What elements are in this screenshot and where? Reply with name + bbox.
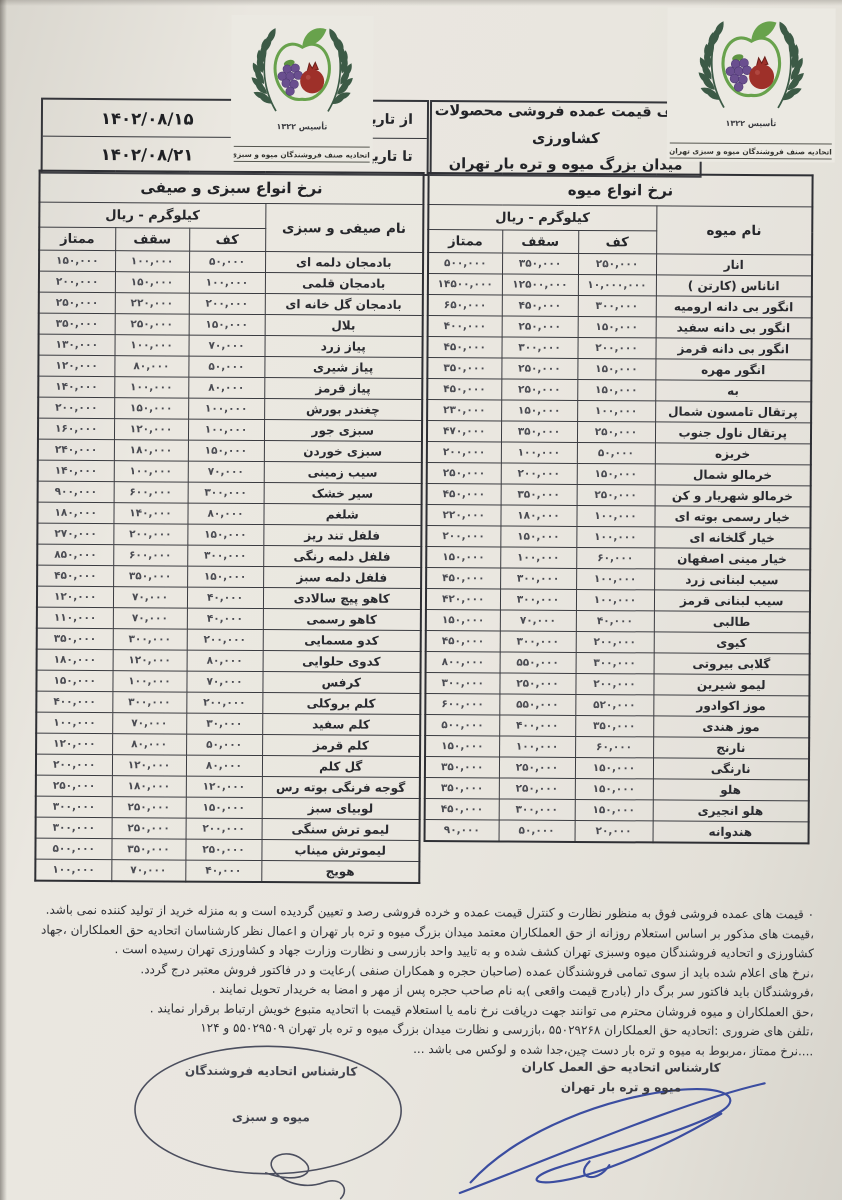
table-row: هویج۴۰,۰۰۰۷۰,۰۰۰۱۰۰,۰۰۰ [35, 859, 419, 883]
ceiling-price-cell: ۱۵۰,۰۰۰ [501, 400, 577, 421]
fruit-unit-header: کیلوگرم - ریال [428, 205, 656, 231]
ceiling-price-cell: ۱۸۰,۰۰۰ [112, 776, 186, 797]
premium-price-cell: ۴۵۰,۰۰۰ [37, 565, 113, 586]
premium-price-cell: ۵۰۰,۰۰۰ [35, 838, 111, 859]
premium-price-cell: ۳۰۰,۰۰۰ [425, 673, 499, 694]
item-name-cell: کلم بروکلی [262, 693, 420, 715]
table-row: خربزه۵۰,۰۰۰۱۰۰,۰۰۰۲۰۰,۰۰۰ [427, 442, 811, 465]
signature-right-role-1: کارشناس اتحادیه حق العمل کاران [425, 1056, 817, 1079]
table-row: فلفل دلمه سبز۱۵۰,۰۰۰۳۵۰,۰۰۰۴۵۰,۰۰۰ [37, 565, 421, 588]
ceiling-price-cell: ۵۵۰,۰۰۰ [500, 652, 576, 673]
item-name-cell: بادمجان دلمه ای [265, 252, 423, 274]
ceiling-price-cell: ۳۰۰,۰۰۰ [500, 631, 576, 652]
floor-price-cell: ۴۰,۰۰۰ [576, 610, 654, 631]
floor-price-cell: ۲۰۰,۰۰۰ [575, 673, 653, 694]
ceiling-price-cell: ۷۰,۰۰۰ [500, 610, 576, 631]
item-name-cell: لیموترش میناب [261, 840, 419, 862]
fruit-col-floor: کف [578, 230, 656, 253]
ceiling-price-cell: ۱۸۰,۰۰۰ [500, 505, 576, 526]
item-name-cell: سبزی جور [264, 420, 422, 442]
table-row: کدوی حلوایی۸۰,۰۰۰۱۲۰,۰۰۰۱۸۰,۰۰۰ [37, 649, 421, 672]
floor-price-cell: ۶۰,۰۰۰ [576, 547, 654, 568]
floor-price-cell: ۲۵۰,۰۰۰ [578, 253, 656, 274]
ceiling-price-cell: ۱۲۰,۰۰۰ [113, 650, 187, 671]
union-logo-right: تأسیس ۱۳۲۲ اتحادیه صنف فروشندگان میوه و … [667, 7, 836, 162]
ceiling-price-cell: ۱۲۰,۰۰۰ [112, 755, 186, 776]
union-logo-center: تأسیس ۱۳۲۲ اتحادیه صنف فروشندگان میوه و … [231, 15, 374, 166]
table-row: خیار مینی اصفهان۶۰,۰۰۰۱۰۰,۰۰۰۱۵۰,۰۰۰ [426, 547, 810, 570]
premium-price-cell: ۱۰۰,۰۰۰ [36, 712, 112, 733]
ceiling-price-cell: ۱۴۰,۰۰۰ [113, 503, 187, 524]
premium-price-cell: ۳۰۰,۰۰۰ [36, 796, 112, 817]
premium-price-cell: ۱۰۰,۰۰۰ [35, 859, 111, 881]
wreath-fruit-logo-icon [667, 9, 836, 114]
item-name-cell: فلفل دلمه رنگی [263, 546, 421, 568]
ceiling-price-cell: ۱۰۰,۰۰۰ [501, 442, 577, 463]
ceiling-price-cell: ۳۵۰,۰۰۰ [113, 566, 187, 587]
table-row: چغندر بورش۱۰۰,۰۰۰۱۵۰,۰۰۰۲۰۰,۰۰۰ [38, 397, 422, 420]
table-row: هندوانه۲۰,۰۰۰۵۰,۰۰۰۹۰,۰۰۰ [424, 820, 808, 844]
floor-price-cell: ۲۰,۰۰۰ [575, 820, 653, 842]
premium-price-cell: ۳۵۰,۰۰۰ [37, 628, 113, 649]
table-row: کلم سفید۳۰,۰۰۰۷۰,۰۰۰۱۰۰,۰۰۰ [36, 712, 420, 735]
premium-price-cell: ۲۰۰,۰۰۰ [427, 442, 501, 463]
ceiling-price-cell: ۷۰,۰۰۰ [111, 860, 185, 882]
item-name-cell: انگور بی دانه قرمز [655, 338, 811, 360]
premium-price-cell: ۲۳۰,۰۰۰ [427, 400, 501, 421]
table-row: کلم قرمز۵۰,۰۰۰۸۰,۰۰۰۱۲۰,۰۰۰ [36, 733, 420, 756]
floor-price-cell: ۳۰۰,۰۰۰ [576, 652, 654, 673]
table-row: خرمالو شمال۱۵۰,۰۰۰۲۰۰,۰۰۰۲۵۰,۰۰۰ [427, 463, 811, 486]
veg-unit-header: کیلوگرم - ریال [39, 202, 265, 228]
ceiling-price-cell: ۶۰۰,۰۰۰ [113, 545, 187, 566]
floor-price-cell: ۲۰۰,۰۰۰ [187, 629, 263, 650]
floor-price-cell: ۳۰۰,۰۰۰ [188, 482, 264, 503]
item-name-cell: سبزی خوردن [264, 441, 422, 463]
floor-price-cell: ۷۰,۰۰۰ [188, 461, 264, 482]
table-row: هلو۱۵۰,۰۰۰۲۵۰,۰۰۰۳۵۰,۰۰۰ [425, 778, 809, 801]
table-row: نارنج۶۰,۰۰۰۱۰۰,۰۰۰۱۵۰,۰۰۰ [425, 736, 809, 759]
premium-price-cell: ۱۲۰,۰۰۰ [38, 355, 114, 376]
fruit-section-title: نرخ انواع میوه [428, 173, 812, 207]
table-row: بادمجان گل خانه ای۲۰۰,۰۰۰۲۲۰,۰۰۰۲۵۰,۰۰۰ [39, 292, 423, 315]
item-name-cell: نارنج [653, 737, 809, 759]
floor-price-cell: ۸۰,۰۰۰ [186, 755, 262, 776]
item-name-cell: خربزه [655, 443, 811, 465]
ceiling-price-cell: ۱۲۰,۰۰۰ [114, 419, 188, 440]
item-name-cell: بلال [265, 315, 423, 337]
floor-price-cell: ۸۰,۰۰۰ [187, 503, 263, 524]
fruit-col-premium: ممتاز [428, 230, 502, 253]
item-name-cell: کدو مسمایی [263, 630, 421, 652]
table-row: هلو انجیری۱۵۰,۰۰۰۳۰۰,۰۰۰۴۵۰,۰۰۰ [425, 799, 809, 822]
premium-price-cell: ۴۵۰,۰۰۰ [427, 484, 501, 505]
floor-price-cell: ۳۰۰,۰۰۰ [578, 295, 656, 316]
ceiling-price-cell: ۱۰۰,۰۰۰ [115, 251, 189, 272]
floor-price-cell: ۱۵۰,۰۰۰ [578, 316, 656, 337]
table-row: خیار گلخانه ای۱۰۰,۰۰۰۱۵۰,۰۰۰۲۰۰,۰۰۰ [426, 526, 810, 549]
document-title-box: کشف قیمت عمده فروشی محصولات کشاورزی میدا… [430, 100, 702, 178]
floor-price-cell: ۱۰۰,۰۰۰ [188, 398, 264, 419]
table-row: طالبی۴۰,۰۰۰۷۰,۰۰۰۱۵۰,۰۰۰ [426, 610, 810, 633]
floor-price-cell: ۲۵۰,۰۰۰ [577, 421, 655, 442]
ceiling-price-cell: ۷۰,۰۰۰ [113, 608, 187, 629]
ceiling-price-cell: ۳۵۰,۰۰۰ [501, 421, 577, 442]
item-name-cell: بادمجان گل خانه ای [265, 294, 423, 316]
floor-price-cell: ۳۵۰,۰۰۰ [575, 715, 653, 736]
ceiling-price-cell: ۶۰۰,۰۰۰ [114, 482, 188, 503]
item-name-cell: فلفل تند ریز [263, 525, 421, 547]
premium-price-cell: ۱۸۰,۰۰۰ [37, 649, 113, 670]
item-name-cell: کدوی حلوایی [263, 651, 421, 673]
premium-price-cell: ۴۵۰,۰۰۰ [427, 379, 501, 400]
ceiling-price-cell: ۱۰۰,۰۰۰ [114, 377, 188, 398]
item-name-cell: کیوی [654, 632, 810, 654]
table-row: انگور بی دانه ارومیه۳۰۰,۰۰۰۴۵۰,۰۰۰۶۵۰,۰۰… [428, 295, 812, 318]
ceiling-price-cell: ۲۵۰,۰۰۰ [501, 379, 577, 400]
premium-price-cell: ۱۸۰,۰۰۰ [37, 502, 113, 523]
logo-union-name: اتحادیه صنف فروشندگان میوه و سبزی تهران [670, 143, 832, 160]
item-name-cell: انگور بی دانه ارومیه [656, 296, 812, 318]
ceiling-price-cell: ۳۵۰,۰۰۰ [111, 839, 185, 860]
table-row: انگور مهره۱۵۰,۰۰۰۲۵۰,۰۰۰۳۵۰,۰۰۰ [427, 358, 811, 381]
table-row: کرفس۷۰,۰۰۰۱۰۰,۰۰۰۱۵۰,۰۰۰ [36, 670, 420, 693]
ceiling-price-cell: ۱۰۰,۰۰۰ [500, 547, 576, 568]
table-row: پیاز شیری۵۰,۰۰۰۸۰,۰۰۰۱۲۰,۰۰۰ [38, 355, 422, 378]
floor-price-cell: ۱۰۰,۰۰۰ [188, 419, 264, 440]
floor-price-cell: ۱۰۰,۰۰۰ [189, 272, 265, 293]
floor-price-cell: ۱۵۰,۰۰۰ [575, 799, 653, 820]
table-row: گلابی بیروتی۳۰۰,۰۰۰۵۵۰,۰۰۰۸۰۰,۰۰۰ [426, 652, 810, 675]
item-name-cell: لیمو ترش سنگی [262, 819, 420, 841]
item-name-cell: پرتقال تامسون شمال [655, 401, 811, 423]
table-row: کیوی۲۰۰,۰۰۰۳۰۰,۰۰۰۴۵۰,۰۰۰ [426, 631, 810, 654]
floor-price-cell: ۱۵۰,۰۰۰ [187, 566, 263, 587]
ceiling-price-cell: ۱۰۰,۰۰۰ [114, 335, 188, 356]
premium-price-cell: ۱۳۰,۰۰۰ [38, 334, 114, 355]
premium-price-cell: ۱۴۰,۰۰۰ [38, 460, 114, 481]
premium-price-cell: ۲۴۰,۰۰۰ [38, 439, 114, 460]
premium-price-cell: ۹۰۰,۰۰۰ [38, 481, 114, 502]
signature-left-role-2: میوه و سبزی [113, 1081, 429, 1129]
table-row: پرتقال تامسون شمال۱۰۰,۰۰۰۱۵۰,۰۰۰۲۳۰,۰۰۰ [427, 400, 811, 423]
item-name-cell: سیب لبنانی زرد [654, 569, 810, 591]
item-name-cell: خیار گلخانه ای [654, 527, 810, 549]
item-name-cell: فلفل دلمه سبز [263, 567, 421, 589]
premium-price-cell: ۱۴۰,۰۰۰ [38, 376, 114, 397]
premium-price-cell: ۴۵۰,۰۰۰ [426, 631, 500, 652]
table-row: سبزی خوردن۱۵۰,۰۰۰۱۸۰,۰۰۰۲۴۰,۰۰۰ [38, 439, 422, 462]
item-name-cell: بادمجان قلمی [265, 273, 423, 295]
ceiling-price-cell: ۲۰۰,۰۰۰ [501, 463, 577, 484]
premium-price-cell: ۲۵۰,۰۰۰ [39, 292, 115, 313]
item-name-cell: چغندر بورش [264, 399, 422, 421]
floor-price-cell: ۱۰۰,۰۰۰ [577, 400, 655, 421]
floor-price-cell: ۴۰,۰۰۰ [185, 860, 261, 882]
fruit-name-header: نام میوه [656, 206, 812, 255]
floor-price-cell: ۲۰۰,۰۰۰ [186, 692, 262, 713]
table-row: کدو مسمایی۲۰۰,۰۰۰۳۰۰,۰۰۰۳۵۰,۰۰۰ [37, 628, 421, 651]
premium-price-cell: ۳۵۰,۰۰۰ [39, 313, 115, 334]
floor-price-cell: ۳۰۰,۰۰۰ [187, 545, 263, 566]
table-row: کلم بروکلی۲۰۰,۰۰۰۳۰۰,۰۰۰۴۰۰,۰۰۰ [36, 691, 420, 714]
signature-block-right: کارشناس اتحادیه حق العمل کاران میوه و تر… [424, 1056, 817, 1200]
premium-price-cell: ۱۵۰,۰۰۰ [39, 250, 115, 271]
item-name-cell: خرمالو شهریار و کن [655, 485, 811, 507]
veg-section-title: نرخ انواع سبزی و صیفی [39, 171, 423, 205]
premium-price-cell: ۱۲۰,۰۰۰ [37, 586, 113, 607]
item-name-cell: طالبی [654, 611, 810, 633]
table-row: لیمو شیرین۲۰۰,۰۰۰۲۵۰,۰۰۰۳۰۰,۰۰۰ [425, 673, 809, 696]
veg-col-ceiling: سقف [115, 228, 189, 251]
paper-sheet: تأسیس ۱۳۲۲ اتحادیه صنف فروشندگان میوه و … [0, 0, 842, 1200]
floor-price-cell: ۸۰,۰۰۰ [188, 377, 264, 398]
item-name-cell: کلم سفید [262, 714, 420, 736]
ceiling-price-cell: ۳۰۰,۰۰۰ [500, 568, 576, 589]
table-row: انگور بی دانه قرمز۲۰۰,۰۰۰۳۰۰,۰۰۰۴۵۰,۰۰۰ [427, 337, 811, 360]
note-line: ،قیمت های مذکور بر اساس استعلام روزانه ا… [28, 920, 814, 964]
table-row: سیب لبنانی قرمز۱۰۰,۰۰۰۳۰۰,۰۰۰۴۲۰,۰۰۰ [426, 589, 810, 612]
premium-price-cell: ۲۰۰,۰۰۰ [39, 271, 115, 292]
ceiling-price-cell: ۲۵۰,۰۰۰ [112, 818, 186, 839]
table-row: خرمالو شهریار و کن۲۵۰,۰۰۰۳۵۰,۰۰۰۴۵۰,۰۰۰ [427, 484, 811, 507]
premium-price-cell: ۳۰۰,۰۰۰ [35, 817, 111, 838]
ceiling-price-cell: ۲۲۰,۰۰۰ [115, 293, 189, 314]
table-row: لوبیای سبز۱۵۰,۰۰۰۲۵۰,۰۰۰۳۰۰,۰۰۰ [36, 796, 420, 819]
table-row: سیر خشک۳۰۰,۰۰۰۶۰۰,۰۰۰۹۰۰,۰۰۰ [38, 481, 422, 504]
premium-price-cell: ۱۵۰,۰۰۰ [36, 670, 112, 691]
ceiling-price-cell: ۵۰,۰۰۰ [499, 820, 575, 842]
table-row: بادمجان دلمه ای۵۰,۰۰۰۱۰۰,۰۰۰۱۵۰,۰۰۰ [39, 250, 423, 273]
premium-price-cell: ۲۰۰,۰۰۰ [426, 526, 500, 547]
ceiling-price-cell: ۵۵۰,۰۰۰ [499, 694, 575, 715]
premium-price-cell: ۴۷۰,۰۰۰ [427, 421, 501, 442]
floor-price-cell: ۸۰,۰۰۰ [187, 650, 263, 671]
ceiling-price-cell: ۲۵۰,۰۰۰ [501, 358, 577, 379]
floor-price-cell: ۱۵۰,۰۰۰ [577, 379, 655, 400]
floor-price-cell: ۱۲۰,۰۰۰ [186, 776, 262, 797]
fruit-col-ceiling: سقف [502, 230, 578, 253]
table-row: موز هندی۳۵۰,۰۰۰۴۰۰,۰۰۰۵۰۰,۰۰۰ [425, 715, 809, 738]
table-row: بادمجان قلمی۱۰۰,۰۰۰۱۵۰,۰۰۰۲۰۰,۰۰۰ [39, 271, 423, 294]
ceiling-price-cell: ۳۰۰,۰۰۰ [501, 337, 577, 358]
item-name-cell: انگور مهره [655, 359, 811, 381]
floor-price-cell: ۱۰۰,۰۰۰ [576, 589, 654, 610]
item-name-cell: موز اکوادور [653, 695, 809, 717]
ceiling-price-cell: ۴۰۰,۰۰۰ [499, 715, 575, 736]
ceiling-price-cell: ۱۰۰,۰۰۰ [499, 736, 575, 757]
item-name-cell: سیب زمینی [264, 462, 422, 484]
item-name-cell: خیار رسمی بوته ای [654, 506, 810, 528]
floor-price-cell: ۵۰,۰۰۰ [577, 442, 655, 463]
scanned-price-list-page: تأسیس ۱۳۲۲ اتحادیه صنف فروشندگان میوه و … [0, 0, 842, 1200]
item-name-cell: انگور بی دانه سفید [656, 317, 812, 339]
ceiling-price-cell: ۱۵۰,۰۰۰ [115, 272, 189, 293]
signature-left-role-1: کارشناس اتحادیه فروشندگان [113, 1034, 429, 1082]
item-name-cell: لوبیای سبز [262, 798, 420, 820]
signature-block-left: کارشناس اتحادیه فروشندگان میوه و سبزی [112, 1034, 429, 1200]
item-name-cell: شلغم [263, 504, 421, 526]
floor-price-cell: ۲۰۰,۰۰۰ [576, 631, 654, 652]
ceiling-price-cell: ۳۰۰,۰۰۰ [112, 692, 186, 713]
table-row: به۱۵۰,۰۰۰۲۵۰,۰۰۰۴۵۰,۰۰۰ [427, 379, 811, 402]
ceiling-price-cell: ۳۰۰,۰۰۰ [499, 799, 575, 820]
table-row: فلفل دلمه رنگی۳۰۰,۰۰۰۶۰۰,۰۰۰۸۵۰,۰۰۰ [37, 544, 421, 567]
floor-price-cell: ۱۰۰,۰۰۰ [576, 505, 654, 526]
premium-price-cell: ۸۰۰,۰۰۰ [426, 652, 500, 673]
floor-price-cell: ۶۰,۰۰۰ [575, 736, 653, 757]
premium-price-cell: ۱۱۰,۰۰۰ [37, 607, 113, 628]
floor-price-cell: ۳۰,۰۰۰ [186, 713, 262, 734]
table-row: انار۲۵۰,۰۰۰۳۵۰,۰۰۰۵۰۰,۰۰۰ [428, 253, 812, 276]
item-name-cell: به [655, 380, 811, 402]
title-line-1: کشف قیمت عمده فروشی محصولات کشاورزی [432, 98, 700, 153]
table-row: انگور بی دانه سفید۱۵۰,۰۰۰۲۵۰,۰۰۰۴۰۰,۰۰۰ [428, 316, 812, 339]
premium-price-cell: ۲۲۰,۰۰۰ [426, 505, 500, 526]
floor-price-cell: ۱۵۰,۰۰۰ [577, 463, 655, 484]
veg-col-premium: ممتاز [39, 227, 115, 250]
table-row: سیب لبنانی زرد۱۰۰,۰۰۰۳۰۰,۰۰۰۴۵۰,۰۰۰ [426, 568, 810, 591]
table-row: گوجه فرنگی بوته رس۱۲۰,۰۰۰۱۸۰,۰۰۰۲۵۰,۰۰۰ [36, 775, 420, 798]
premium-price-cell: ۳۵۰,۰۰۰ [425, 778, 499, 799]
table-row: پرتقال ناول جنوب۲۵۰,۰۰۰۳۵۰,۰۰۰۴۷۰,۰۰۰ [427, 421, 811, 444]
floor-price-cell: ۵۰,۰۰۰ [189, 251, 265, 272]
table-row: خیار رسمی بوته ای۱۰۰,۰۰۰۱۸۰,۰۰۰۲۲۰,۰۰۰ [426, 505, 810, 528]
premium-price-cell: ۴۵۰,۰۰۰ [425, 799, 499, 820]
item-name-cell: کاهو رسمی [263, 609, 421, 631]
floor-price-cell: ۲۰۰,۰۰۰ [186, 818, 262, 839]
floor-price-cell: ۱۰۰,۰۰۰ [576, 526, 654, 547]
item-name-cell: هویج [261, 861, 419, 883]
floor-price-cell: ۲۰۰,۰۰۰ [577, 337, 655, 358]
ceiling-price-cell: ۱۰۰,۰۰۰ [112, 671, 186, 692]
premium-price-cell: ۲۰۰,۰۰۰ [36, 754, 112, 775]
premium-price-cell: ۶۵۰,۰۰۰ [428, 295, 502, 316]
table-row: بلال۱۵۰,۰۰۰۲۵۰,۰۰۰۳۵۰,۰۰۰ [39, 313, 423, 336]
table-row: فلفل تند ریز۱۵۰,۰۰۰۲۰۰,۰۰۰۲۷۰,۰۰۰ [37, 523, 421, 546]
table-row: اناناس (کارتن )۱۰,۰۰۰,۰۰۰۱۲۵۰۰,۰۰۰۱۴۵۰۰,… [428, 274, 812, 297]
floor-price-cell: ۴۰,۰۰۰ [187, 608, 263, 629]
table-row: سیب زمینی۷۰,۰۰۰۱۰۰,۰۰۰۱۴۰,۰۰۰ [38, 460, 422, 483]
floor-price-cell: ۱۵۰,۰۰۰ [577, 358, 655, 379]
item-name-cell: موز هندی [653, 716, 809, 738]
table-row: شلغم۸۰,۰۰۰۱۴۰,۰۰۰۱۸۰,۰۰۰ [37, 502, 421, 525]
wreath-fruit-logo-icon [231, 17, 374, 118]
premium-price-cell: ۱۵۰,۰۰۰ [425, 736, 499, 757]
ceiling-price-cell: ۳۵۰,۰۰۰ [501, 484, 577, 505]
item-name-cell: پیاز قرمز [264, 378, 422, 400]
floor-price-cell: ۱۰۰,۰۰۰ [576, 568, 654, 589]
from-date-value: ۱۴۰۲/۰۸/۱۵ [101, 109, 194, 129]
table-row: پیاز قرمز۸۰,۰۰۰۱۰۰,۰۰۰۱۴۰,۰۰۰ [38, 376, 422, 399]
floor-price-cell: ۲۵۰,۰۰۰ [577, 484, 655, 505]
ceiling-price-cell: ۲۵۰,۰۰۰ [499, 757, 575, 778]
item-name-cell: لیمو شیرین [653, 674, 809, 696]
ceiling-price-cell: ۷۰,۰۰۰ [113, 587, 187, 608]
premium-price-cell: ۴۰۰,۰۰۰ [36, 691, 112, 712]
item-name-cell: خرمالو شمال [655, 464, 811, 486]
fruit-price-table: نرخ انواع میوه نام میوه کیلوگرم - ریال ک… [426, 172, 814, 844]
item-name-cell: پرتقال ناول جنوب [655, 422, 811, 444]
table-row: نارنگی۱۵۰,۰۰۰۲۵۰,۰۰۰۳۵۰,۰۰۰ [425, 757, 809, 780]
floor-price-cell: ۱۵۰,۰۰۰ [187, 524, 263, 545]
logo-union-name: اتحادیه صنف فروشندگان میوه و سبزی تهران [234, 146, 370, 163]
ceiling-price-cell: ۱۲۵۰۰,۰۰۰ [502, 274, 578, 295]
premium-price-cell: ۸۵۰,۰۰۰ [37, 544, 113, 565]
table-row: کاهو رسمی۴۰,۰۰۰۷۰,۰۰۰۱۱۰,۰۰۰ [37, 607, 421, 630]
item-name-cell: هلو انجیری [653, 800, 809, 822]
ceiling-price-cell: ۱۵۰,۰۰۰ [500, 526, 576, 547]
ceiling-price-cell: ۱۸۰,۰۰۰ [114, 440, 188, 461]
item-name-cell: کلم قرمز [262, 735, 420, 757]
vegetable-price-table: نرخ انواع سبزی و صیفی نام صیفی و سبزی کی… [36, 170, 424, 884]
floor-price-cell: ۵۰,۰۰۰ [188, 356, 264, 377]
ceiling-price-cell: ۲۵۰,۰۰۰ [112, 797, 186, 818]
floor-price-cell: ۱۵۰,۰۰۰ [189, 314, 265, 335]
item-name-cell: انار [656, 254, 812, 276]
ceiling-price-cell: ۲۵۰,۰۰۰ [499, 673, 575, 694]
floor-price-cell: ۱۵۰,۰۰۰ [186, 797, 262, 818]
ceiling-price-cell: ۳۰۰,۰۰۰ [500, 589, 576, 610]
item-name-cell: گوجه فرنگی بوته رس [262, 777, 420, 799]
table-row: پیاز زرد۷۰,۰۰۰۱۰۰,۰۰۰۱۳۰,۰۰۰ [38, 334, 422, 357]
premium-price-cell: ۲۷۰,۰۰۰ [37, 523, 113, 544]
ceiling-price-cell: ۱۰۰,۰۰۰ [114, 461, 188, 482]
floor-price-cell: ۷۰,۰۰۰ [186, 671, 262, 692]
ceiling-price-cell: ۳۰۰,۰۰۰ [113, 629, 187, 650]
floor-price-cell: ۷۰,۰۰۰ [188, 335, 264, 356]
premium-price-cell: ۵۰۰,۰۰۰ [425, 715, 499, 736]
premium-price-cell: ۴۵۰,۰۰۰ [427, 337, 501, 358]
to-date-value: ۱۴۰۲/۰۸/۲۱ [101, 145, 194, 165]
item-name-cell: سیر خشک [264, 483, 422, 505]
ceiling-price-cell: ۸۰,۰۰۰ [112, 734, 186, 755]
premium-price-cell: ۹۰,۰۰۰ [424, 820, 498, 842]
ceiling-price-cell: ۲۵۰,۰۰۰ [499, 778, 575, 799]
ceiling-price-cell: ۲۰۰,۰۰۰ [113, 524, 187, 545]
table-row: گل کلم۸۰,۰۰۰۱۲۰,۰۰۰۲۰۰,۰۰۰ [36, 754, 420, 777]
item-name-cell: هلو [653, 779, 809, 801]
premium-price-cell: ۴۵۰,۰۰۰ [426, 568, 500, 589]
floor-price-cell: ۴۰,۰۰۰ [187, 587, 263, 608]
premium-price-cell: ۱۵۰,۰۰۰ [426, 547, 500, 568]
item-name-cell: گل کلم [262, 756, 420, 778]
premium-price-cell: ۲۰۰,۰۰۰ [38, 397, 114, 418]
premium-price-cell: ۱۲۰,۰۰۰ [36, 733, 112, 754]
item-name-cell: سیب لبنانی قرمز [654, 590, 810, 612]
premium-price-cell: ۱۵۰,۰۰۰ [426, 610, 500, 631]
floor-price-cell: ۱۵۰,۰۰۰ [575, 757, 653, 778]
premium-price-cell: ۲۵۰,۰۰۰ [427, 463, 501, 484]
item-name-cell: خیار مینی اصفهان [654, 548, 810, 570]
item-name-cell: نارنگی [653, 758, 809, 780]
floor-price-cell: ۵۲۰,۰۰۰ [575, 694, 653, 715]
veg-name-header: نام صیفی و سبزی [265, 204, 423, 253]
premium-price-cell: ۵۰۰,۰۰۰ [428, 253, 502, 274]
premium-price-cell: ۳۵۰,۰۰۰ [427, 358, 501, 379]
floor-price-cell: ۱۵۰,۰۰۰ [575, 778, 653, 799]
floor-price-cell: ۱۰,۰۰۰,۰۰۰ [578, 274, 656, 295]
premium-price-cell: ۴۲۰,۰۰۰ [426, 589, 500, 610]
item-name-cell: پیاز شیری [264, 357, 422, 379]
floor-price-cell: ۲۰۰,۰۰۰ [189, 293, 265, 314]
ceiling-price-cell: ۴۵۰,۰۰۰ [502, 295, 578, 316]
item-name-cell: کاهو پیچ سالادی [263, 588, 421, 610]
ceiling-price-cell: ۱۵۰,۰۰۰ [114, 398, 188, 419]
table-row: لیمو ترش سنگی۲۰۰,۰۰۰۲۵۰,۰۰۰۳۰۰,۰۰۰ [35, 817, 419, 840]
logo-established-text: تأسیس ۱۳۲۲ [667, 118, 835, 128]
item-name-cell: هندوانه [653, 821, 809, 843]
